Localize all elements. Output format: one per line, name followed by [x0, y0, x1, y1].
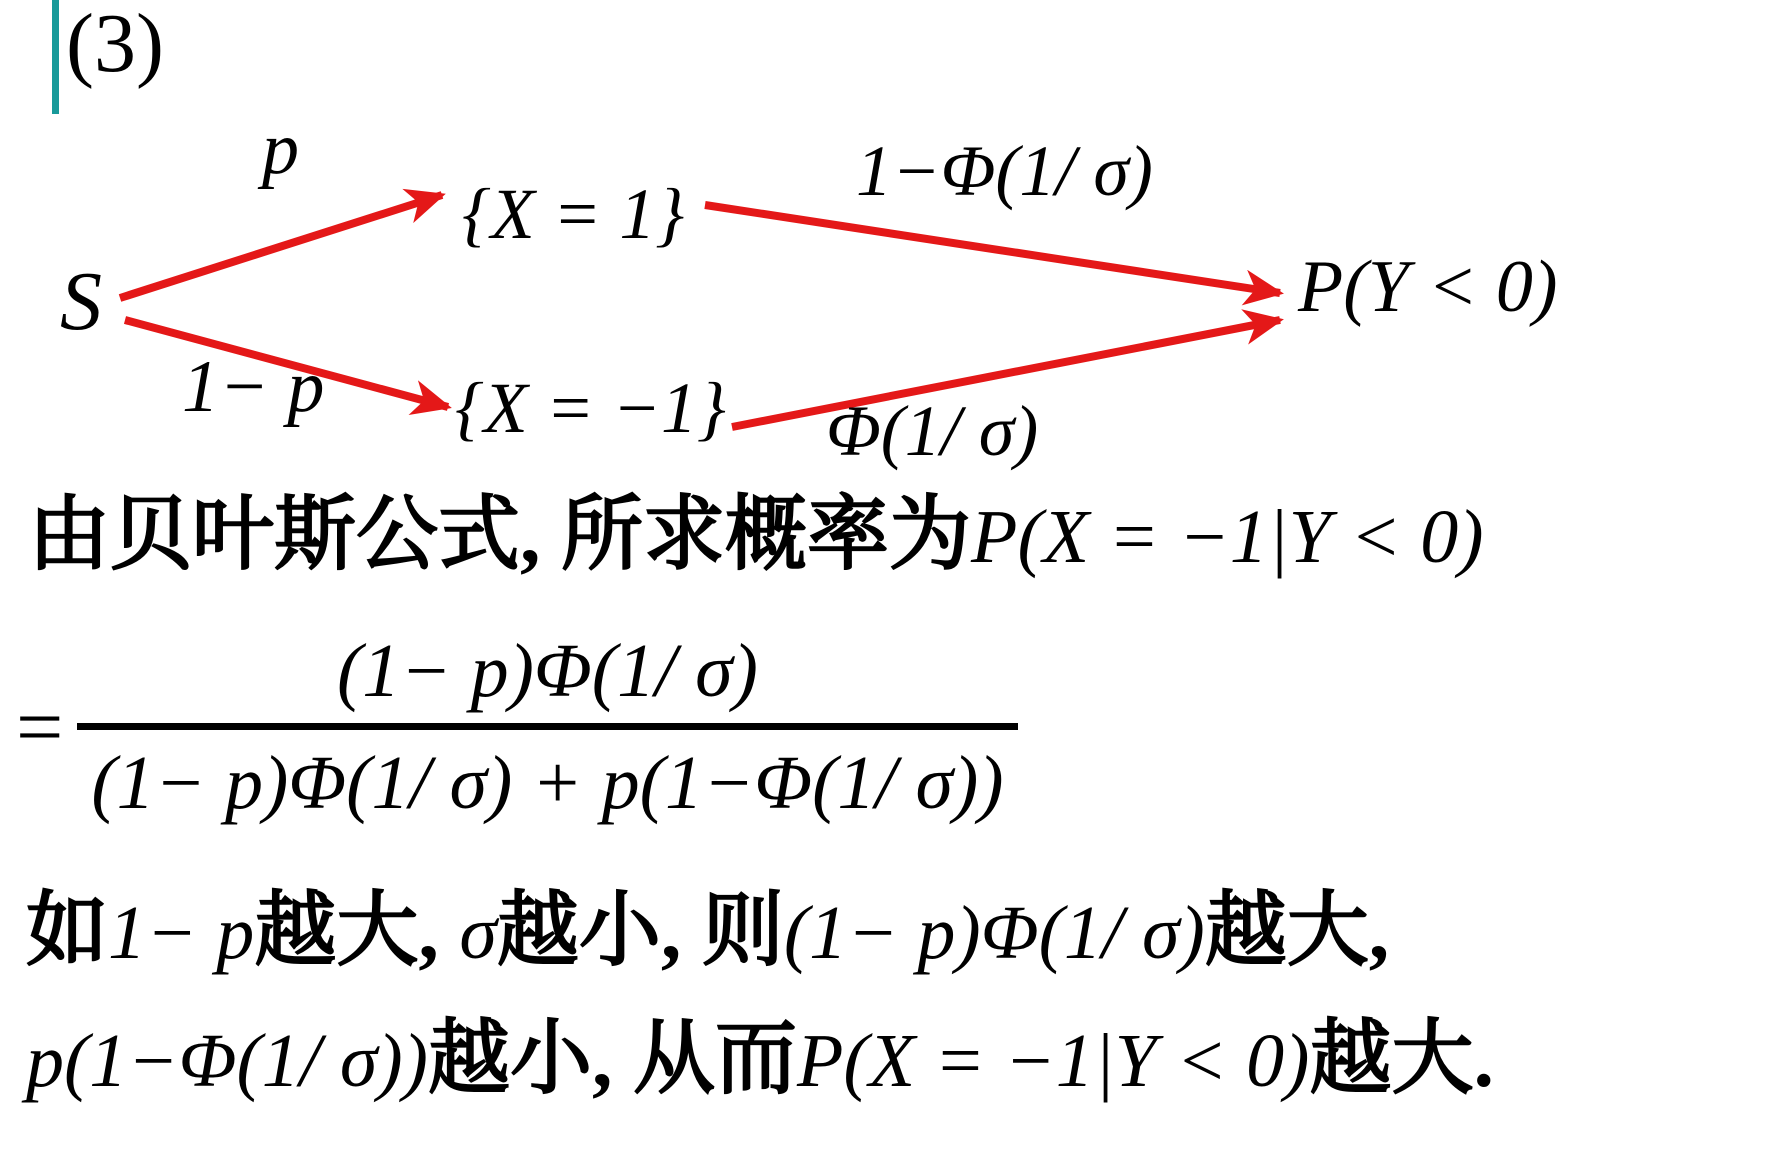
source-node-label: S	[60, 260, 102, 344]
slide-page: (3) S p 1− p {X = 1} {X = −1} 1−Φ(1/ σ) …	[0, 0, 1776, 1160]
concl1-math2: σ	[459, 891, 496, 975]
concl2-math1: p(1−Φ(1/ σ))	[26, 1019, 428, 1103]
lower-event-node: {X = −1}	[455, 372, 726, 444]
conclusion-line-1: 如1− p越大, σ越小, 则(1− p)Φ(1/ σ)越大,	[26, 878, 1389, 985]
conclusion-line-2: p(1−Φ(1/ σ))越小, 从而P(X = −1|Y < 0)越大.	[26, 1006, 1494, 1113]
bayes-fraction-formula: = (1− p)Φ(1/ σ) (1− p)Φ(1/ σ) + p(1−Φ(1/…	[16, 628, 1018, 828]
upper-branch-probability-label: p	[262, 112, 299, 186]
fraction-denominator: (1− p)Φ(1/ σ) + p(1−Φ(1/ σ))	[77, 723, 1017, 827]
concl1-cn2: 越大,	[254, 885, 459, 976]
bayes-statement-math: P(X = −1|Y < 0)	[971, 495, 1483, 579]
fraction: (1− p)Φ(1/ σ) (1− p)Φ(1/ σ) + p(1−Φ(1/ σ…	[77, 628, 1017, 828]
equals-sign: =	[16, 679, 63, 776]
bayes-tree-diagram: S p 1− p {X = 1} {X = −1} 1−Φ(1/ σ) Φ(1/…	[0, 95, 1776, 515]
upper-event-node: {X = 1}	[462, 178, 684, 250]
lower-branch-probability-label: 1− p	[182, 350, 324, 424]
concl1-cn3: 越小, 则	[497, 885, 784, 976]
concl2-math2: P(X = −1|Y < 0)	[797, 1019, 1309, 1103]
section-label: (3)	[66, 0, 164, 88]
arrow-s-to-x1	[120, 195, 442, 298]
lower-conditional-prob-label: Φ(1/ σ)	[826, 395, 1038, 467]
concl1-cn4: 越大,	[1205, 885, 1390, 976]
concl1-cn1: 如	[26, 885, 108, 976]
concl2-cn1: 越小, 从而	[428, 1013, 797, 1104]
concl1-math1: 1− p	[108, 891, 254, 975]
concl1-math3: (1− p)Φ(1/ σ)	[784, 891, 1205, 975]
concl2-cn2: 越大.	[1309, 1013, 1494, 1104]
bayes-statement-chinese: 由贝叶斯公式, 所求概率为	[28, 489, 971, 580]
arrow-x1-to-target	[705, 205, 1280, 293]
fraction-numerator: (1− p)Φ(1/ σ)	[313, 628, 782, 723]
target-probability-node: P(Y < 0)	[1298, 250, 1558, 324]
bayes-statement-line: 由贝叶斯公式, 所求概率为P(X = −1|Y < 0)	[28, 482, 1484, 589]
upper-conditional-prob-label: 1−Φ(1/ σ)	[856, 135, 1153, 207]
